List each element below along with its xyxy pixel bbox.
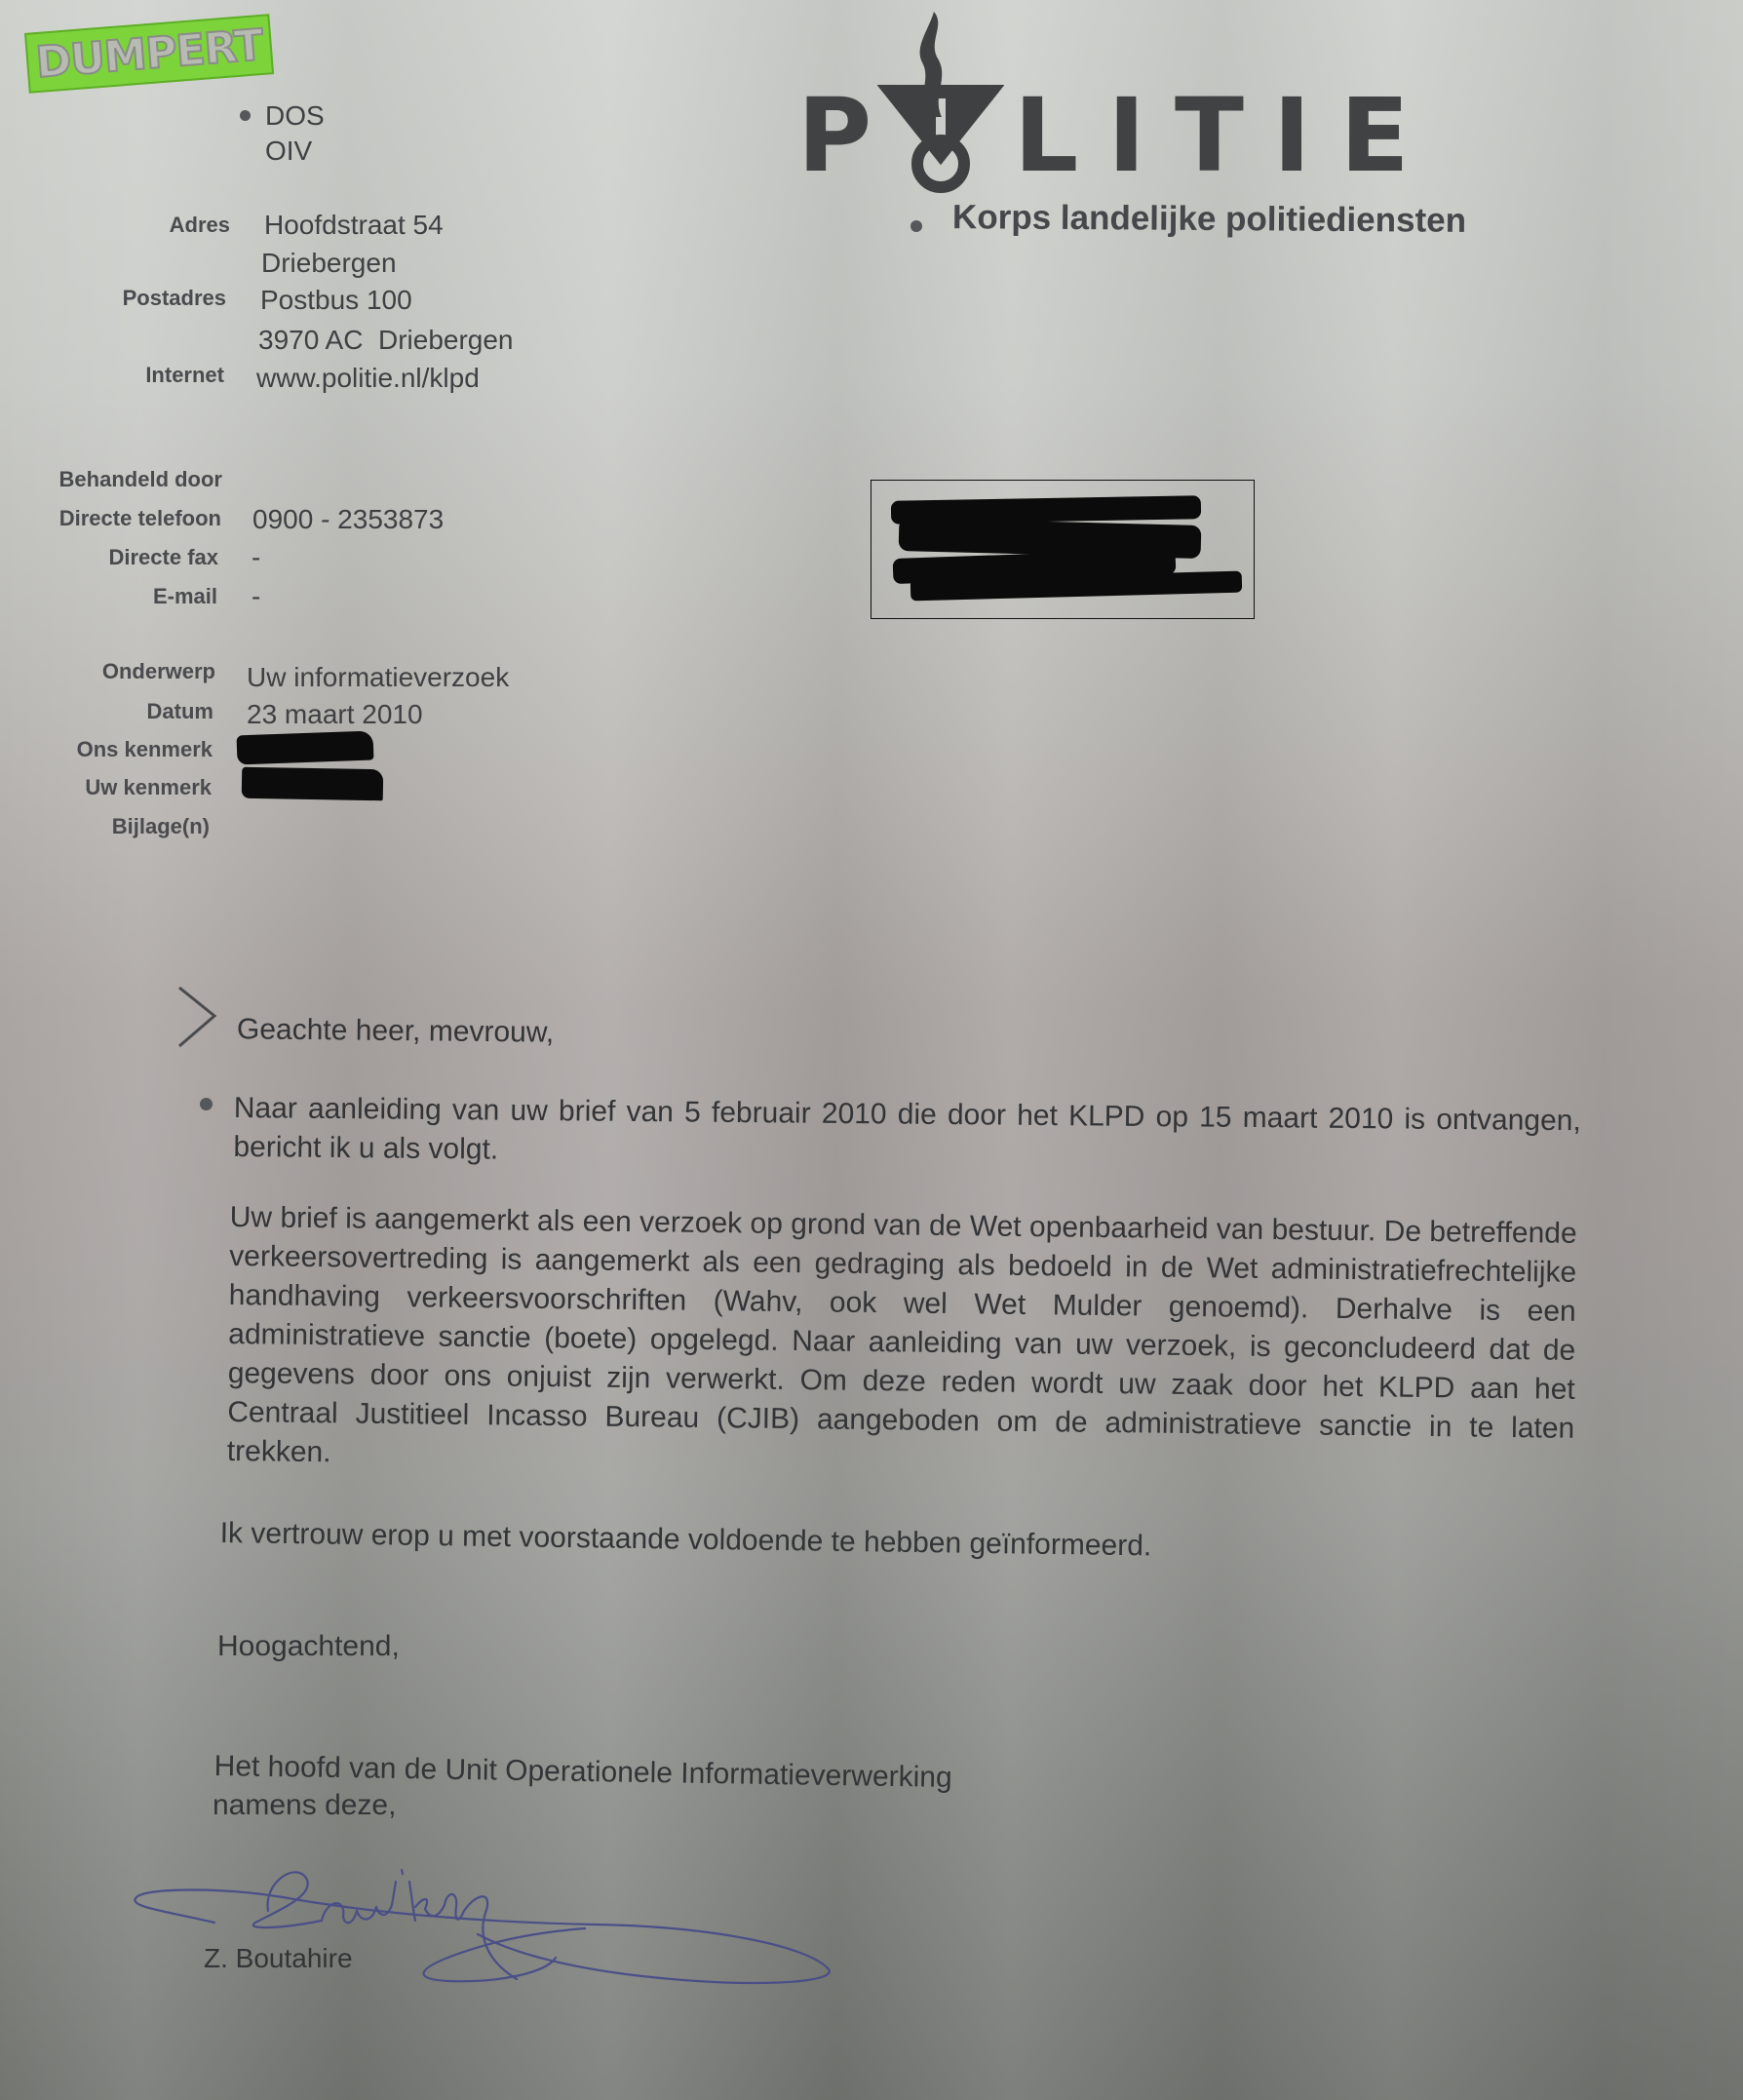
fax-label: Directe fax <box>0 545 218 570</box>
your-reference-redaction <box>242 767 384 801</box>
salutation: Geachte heer, mevrouw, <box>237 1010 555 1052</box>
signatory-on-behalf: namens deze, <box>213 1786 396 1825</box>
unit-line-dos: DOS <box>265 100 325 132</box>
watermark-text: DUMPERT <box>34 19 265 87</box>
attachments-label: Bijlage(n) <box>0 814 210 839</box>
date-value: 23 maart 2010 <box>247 699 423 730</box>
chevron-right-icon <box>175 985 220 1049</box>
internet-link[interactable]: www.politie.nl/klpd <box>256 363 480 394</box>
closing: Hoogachtend, <box>217 1627 400 1666</box>
phone-label: Directe telefoon <box>0 506 221 531</box>
signatory-name: Z. Boutahire <box>204 1943 353 1974</box>
phone-value: 0900 - 2353873 <box>252 504 444 535</box>
postal-address-label: Postadres <box>2 286 226 311</box>
our-reference-redaction <box>237 731 374 765</box>
email-value: - <box>252 581 260 612</box>
subject-value: Uw informatieverzoek <box>247 662 509 693</box>
address-line-2: Driebergen <box>261 248 397 279</box>
email-label: E-mail <box>0 584 217 609</box>
unit-line-oiv: OIV <box>265 136 312 167</box>
organisation-subtitle: Korps landelijke politiediensten <box>952 198 1466 241</box>
paragraph-bullet-icon <box>200 1098 213 1110</box>
internet-label: Internet <box>0 363 224 388</box>
dumpert-watermark: DUMPERT <box>24 14 274 94</box>
address-line-1: Hoofdstraat 54 <box>264 210 444 241</box>
fax-value: - <box>252 542 260 573</box>
paragraph-2: Uw brief is aangemerkt als een verzoek o… <box>227 1198 1577 1488</box>
address-label: Adres <box>6 213 230 238</box>
postal-line-1: Postbus 100 <box>260 285 412 316</box>
subject-label: Onderwerp <box>0 659 215 684</box>
subtitle-bullet-icon <box>910 220 922 232</box>
our-reference-label: Ons kenmerk <box>0 737 213 762</box>
paragraph-3: Ik vertrouw erop u met voorstaande voldo… <box>219 1514 1151 1566</box>
flame-emblem-icon <box>877 8 1004 195</box>
recipient-address-box <box>871 480 1255 619</box>
postal-line-2: 3970 AC Driebergen <box>258 325 514 356</box>
paragraph-1: Naar aanleiding van uw brief van 5 febru… <box>233 1089 1581 1180</box>
date-label: Datum <box>0 699 213 724</box>
handled-by-label: Behandeld door <box>0 467 222 492</box>
your-reference-label: Uw kenmerk <box>0 775 212 800</box>
bullet-dot-icon <box>240 110 251 121</box>
